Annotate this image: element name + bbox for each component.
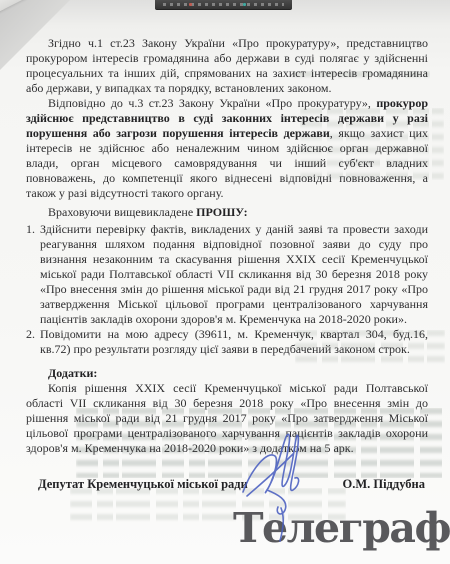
paragraph-law-part3: Відповідно до ч.3 ст.23 Закону України «… — [26, 96, 428, 201]
attachments-heading: Додатки: — [26, 366, 428, 381]
request-list: 1. Здійснити перевірку фактів, викладени… — [26, 222, 428, 357]
scanned-document-page: Згідно ч.1 ст.23 Закону України «Про про… — [0, 0, 450, 564]
request-intro-line: Враховуючи вищевикладене ПРОШУ: — [26, 205, 428, 220]
toolbar-red-speck-icon — [189, 3, 192, 6]
request-keyword: ПРОШУ: — [196, 205, 247, 219]
cropped-toolbar-strip — [155, 0, 292, 10]
signatory-name: О.М. Піддубна — [342, 477, 428, 492]
paragraph-law-part1: Згідно ч.1 ст.23 Закону України «Про про… — [26, 36, 428, 96]
list-item-number: 1. — [26, 222, 35, 237]
attachments-text: Копія рішення XXIX сесії Кременчуцької м… — [26, 381, 428, 456]
list-item-number: 2. — [26, 327, 35, 342]
list-item: 1. Здійснити перевірку фактів, викладени… — [26, 222, 428, 327]
document-body: Згідно ч.1 ст.23 Закону України «Про про… — [26, 36, 428, 456]
signatory-position: Депутат Кременчуцької міської ради — [26, 477, 248, 492]
list-item-text: Здійснити перевірку фактів, викладених у… — [40, 222, 428, 326]
list-item: 2. Повідомити на мою адресу (39611, м. К… — [26, 327, 428, 357]
handwritten-signature — [233, 428, 315, 543]
toolbar-teal-speck-icon — [243, 3, 246, 6]
signature-row: Депутат Кременчуцької міської ради О.М. … — [26, 477, 428, 492]
toolbar-strip-text-remnant — [163, 3, 284, 6]
list-item-text: Повідомити на мою адресу (39611, м. Крем… — [40, 327, 428, 356]
